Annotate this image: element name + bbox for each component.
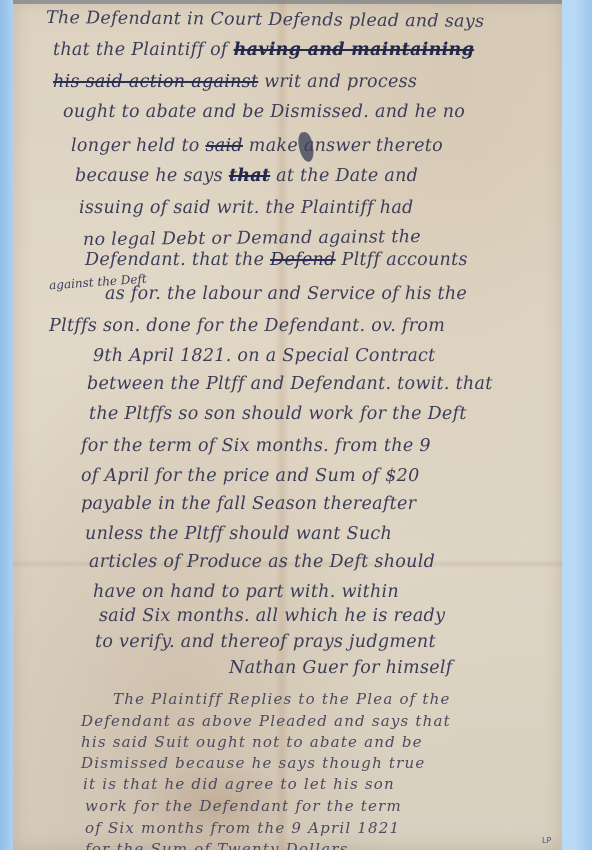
plea-line: ought to abate and be Dismissed. and he … — [63, 102, 465, 122]
replication-line: Dismissed because he says though true — [81, 754, 425, 772]
plea-line: Pltffs son. done for the Defendant. ov. … — [49, 316, 445, 336]
struck-text: that — [229, 166, 270, 186]
replication-line: work for the Defendant for the term — [85, 797, 402, 815]
plea-line: issuing of said writ. the Plaintiff had — [79, 198, 414, 218]
replication-line: it is that he did agree to let his son — [83, 775, 395, 793]
plea-line: Defendant. that the Defend Pltff account… — [85, 250, 468, 270]
replication-line: for the Sum of Twenty Dollars — [85, 840, 349, 850]
replication-line: The Plaintiff Replies to the Plea of the — [113, 690, 451, 708]
plea-line: his said action against writ and process — [53, 72, 417, 92]
plea-line: as for. the labour and Service of his th… — [105, 284, 467, 304]
struck-text: having and maintaining — [234, 40, 475, 60]
plea-line: longer held to said make answer thereto — [71, 136, 443, 156]
plea-line: articles of Produce as the Deft should — [89, 552, 435, 572]
plea-line: The Defendant in Court Defends plead and… — [46, 8, 484, 32]
plea-line: 9th April 1821. on a Special Contract — [93, 346, 436, 366]
plea-line: that the Plaintiff of having and maintai… — [53, 40, 474, 60]
plea-line: for the term of Six months. from the 9 — [81, 436, 431, 456]
struck-text: Defend — [270, 250, 336, 270]
manuscript-page: The Defendant in Court Defends plead and… — [13, 0, 562, 850]
plea-line: have on hand to part with. within — [93, 582, 399, 602]
plea-line: between the Pltff and Defendant. towit. … — [87, 374, 493, 394]
replication-line: his said Suit ought not to abate and be — [81, 733, 423, 751]
plea-line: no legal Debt or Demand against the — [83, 227, 421, 250]
struck-text: said — [206, 136, 243, 156]
plea-line: payable in the fall Season thereafter — [81, 494, 416, 514]
archive-stamp: LP — [542, 836, 551, 845]
plea-line: to verify. and thereof prays judgment — [95, 632, 436, 652]
struck-text: his said action against — [53, 72, 258, 92]
plea-line: of April for the price and Sum of $20 — [81, 466, 420, 486]
signature: Nathan Guer for himself — [229, 658, 453, 678]
plea-line: unless the Pltff should want Such — [85, 524, 392, 544]
plea-line: because he says that at the Date and — [75, 166, 418, 186]
plea-line: the Pltffs so son should work for the De… — [89, 404, 467, 424]
plea-line: said Six months. all which he is ready — [99, 606, 445, 626]
replication-line: of Six months from the 9 April 1821 — [85, 819, 400, 837]
replication-line: Defendant as above Pleaded and says that — [81, 712, 451, 730]
